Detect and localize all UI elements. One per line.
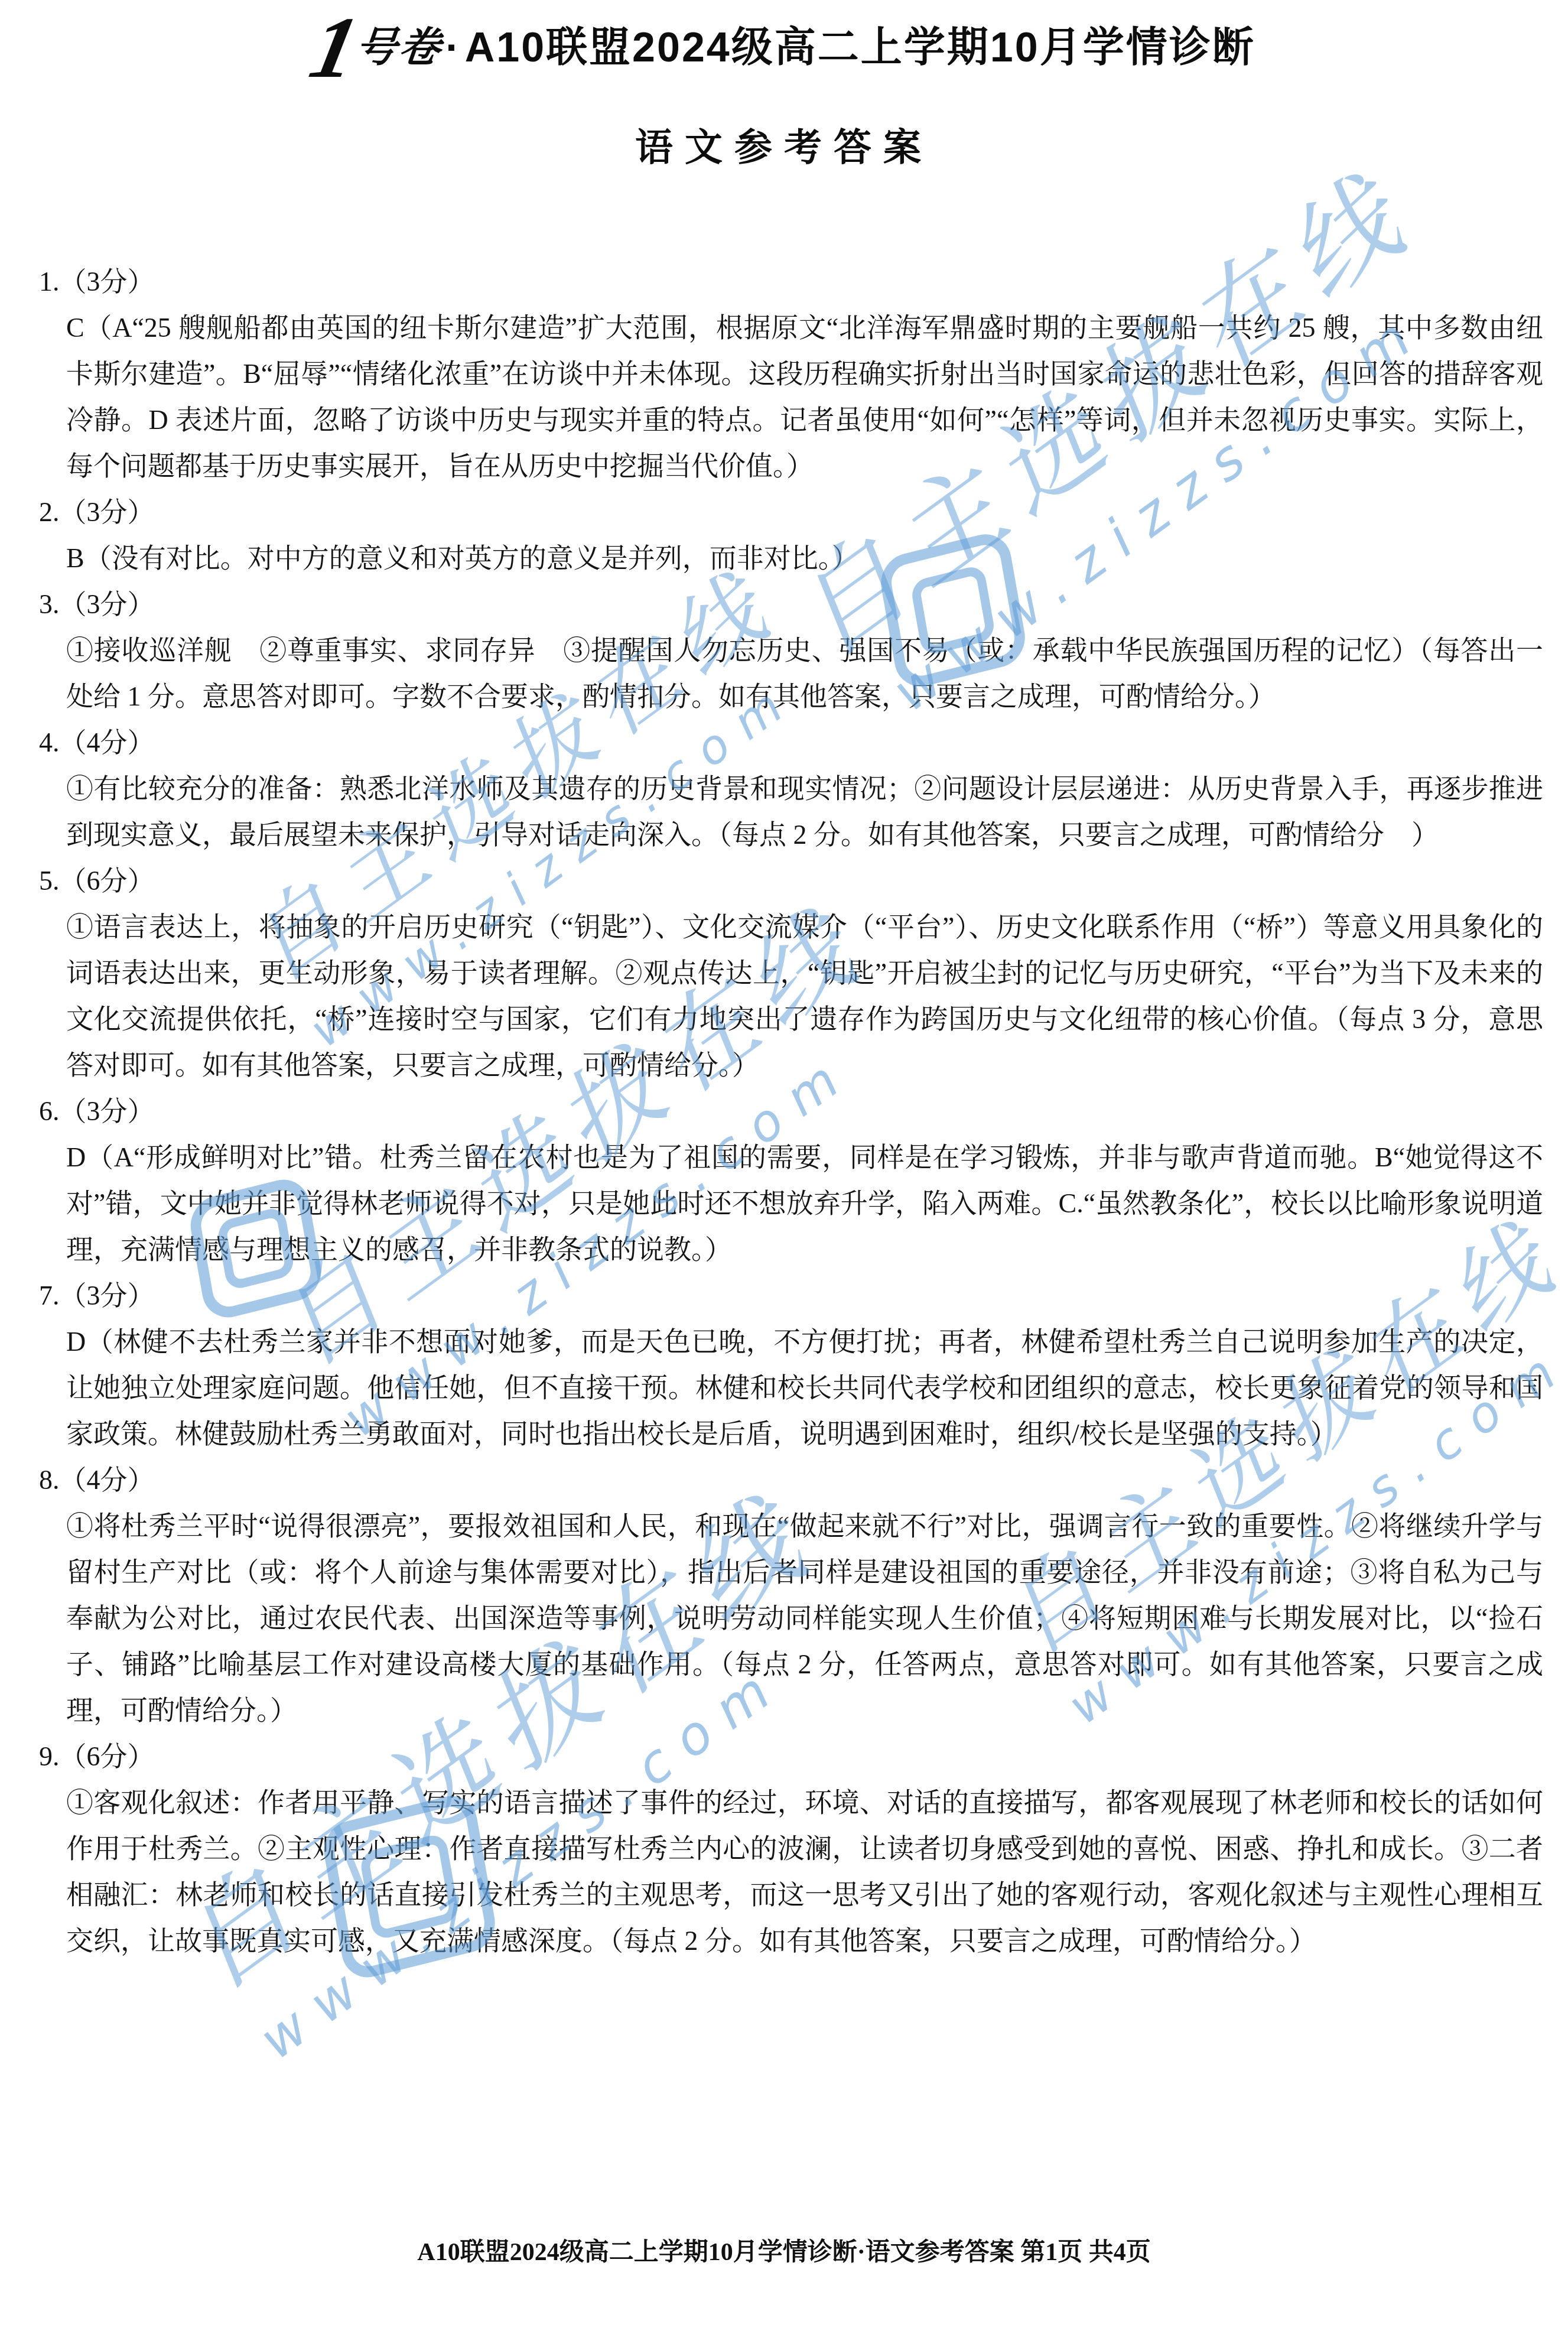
answer-number: 7.（3分） bbox=[39, 1273, 1568, 1319]
subject-subtitle: 语文参考答案 bbox=[0, 117, 1568, 171]
exam-title-text: A10联盟2024级高二上学期10月学情诊断 bbox=[465, 24, 1255, 70]
title-separator-dot: · bbox=[442, 24, 464, 70]
answer-number: 6.（3分） bbox=[39, 1088, 1568, 1134]
brand-name: 号卷 bbox=[353, 24, 444, 71]
answer-sheet-page: 自主选拔在线 www.zizzs.com 自主选拔在线 www.zizzs.co… bbox=[0, 0, 1568, 2331]
page-footer: A10联盟2024级高二上学期10月学情诊断·语文参考答案 第1页 共4页 bbox=[0, 2232, 1568, 2268]
answer-number: 3.（3分） bbox=[39, 581, 1568, 628]
answer-item: 8.（4分） ①将杜秀兰平时“说得很漂亮”，要报效祖国和人民，和现在“做起来就不… bbox=[0, 1457, 1568, 1734]
answer-item: 1.（3分） C（A“25 艘舰船都由英国的纽卡斯尔建造”扩大范围，根据原文“北… bbox=[0, 259, 1568, 489]
document-header: 1号卷·A10联盟2024级高二上学期10月学情诊断 语文参考答案 bbox=[0, 0, 1568, 171]
footer-text: A10联盟2024级高二上学期10月学情诊断·语文参考答案 第1页 共4页 bbox=[417, 2239, 1150, 2266]
answer-item: 6.（3分） D（A“形成鲜明对比”错。杜秀兰留在农村也是为了祖国的需要，同样是… bbox=[0, 1088, 1568, 1273]
answer-number: 9.（6分） bbox=[39, 1734, 1568, 1780]
answer-number: 2.（3分） bbox=[39, 489, 1568, 535]
answer-item: 5.（6分） ①语言表达上，将抽象的开启历史研究（“钥匙”）、文化交流媒介（“平… bbox=[0, 858, 1568, 1088]
answer-text: ①客观化叙述：作者用平静、写实的语言描述了事件的经过，环境、对话的直接描写，都客… bbox=[66, 1780, 1543, 1964]
answer-number: 8.（4分） bbox=[39, 1457, 1568, 1503]
answer-item: 2.（3分） B（没有对比。对中方的意义和对英方的意义是并列，而非对比。） bbox=[0, 489, 1568, 581]
answer-text: ①接收巡洋舰 ②尊重事实、求同存异 ③提醒国人勿忘历史、强国不易（或：承载中华民… bbox=[66, 628, 1543, 720]
answer-text: ①将杜秀兰平时“说得很漂亮”，要报效祖国和人民，和现在“做起来就不行”对比，强调… bbox=[66, 1503, 1543, 1734]
answer-item: 9.（6分） ①客观化叙述：作者用平静、写实的语言描述了事件的经过，环境、对话的… bbox=[0, 1734, 1568, 1964]
answer-item: 7.（3分） D（林健不去杜秀兰家并非不想面对她爹，而是天色已晚，不方便打扰；再… bbox=[0, 1273, 1568, 1457]
answer-number: 4.（4分） bbox=[39, 720, 1568, 766]
answer-text: ①有比较充分的准备：熟悉北洋水师及其遗存的历史背景和现实情况；②问题设计层层递进… bbox=[66, 766, 1543, 858]
exam-title: 1号卷·A10联盟2024级高二上学期10月学情诊断 bbox=[0, 18, 1568, 79]
answer-text: D（林健不去杜秀兰家并非不想面对她爹，而是天色已晚，不方便打扰；再者，林健希望杜… bbox=[66, 1319, 1543, 1457]
answer-text: ①语言表达上，将抽象的开启历史研究（“钥匙”）、文化交流媒介（“平台”）、历史文… bbox=[66, 904, 1543, 1088]
answer-number: 1.（3分） bbox=[39, 259, 1568, 305]
answer-text: B（没有对比。对中方的意义和对英方的意义是并列，而非对比。） bbox=[66, 535, 1543, 581]
answer-number: 5.（6分） bbox=[39, 858, 1568, 904]
answer-text: C（A“25 艘舰船都由英国的纽卡斯尔建造”扩大范围，根据原文“北洋海军鼎盛时期… bbox=[66, 305, 1543, 489]
answer-text: D（A“形成鲜明对比”错。杜秀兰留在农村也是为了祖国的需要，同样是在学习锻炼，并… bbox=[66, 1134, 1543, 1273]
answer-item: 3.（3分） ①接收巡洋舰 ②尊重事实、求同存异 ③提醒国人勿忘历史、强国不易（… bbox=[0, 581, 1568, 720]
answer-item: 4.（4分） ①有比较充分的准备：熟悉北洋水师及其遗存的历史背景和现实情况；②问… bbox=[0, 720, 1568, 858]
answers-list: 1.（3分） C（A“25 艘舰船都由英国的纽卡斯尔建造”扩大范围，根据原文“北… bbox=[0, 259, 1568, 1964]
